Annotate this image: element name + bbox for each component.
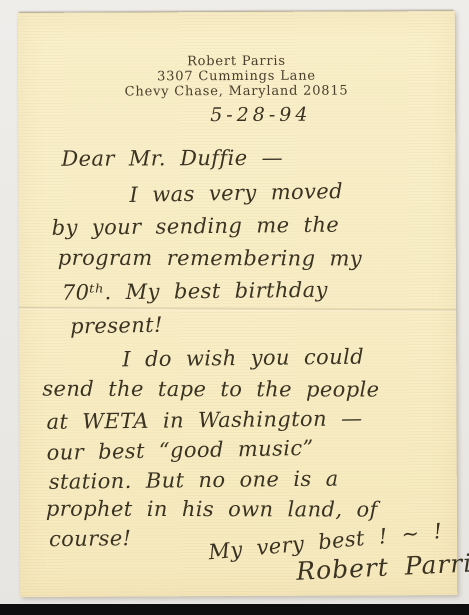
scan-edge-bar [0,604,469,615]
scanned-letter: Robert Parris 3307 Cummings Lane Chevy C… [0,0,469,615]
letter-line: present! [70,312,163,340]
letterhead: Robert Parris 3307 Cummings Lane Chevy C… [18,53,455,100]
fold-crease [19,306,456,312]
letter-line: our best “good music” [46,435,313,466]
letter-line: I do wish you could [122,344,364,373]
handwritten-date: 5-28-94 [210,102,311,128]
letter-line: prophet in his own land, of [46,496,378,523]
letter-line: program remembering my [58,245,362,272]
letter-line: send the tape to the people [42,376,379,403]
salutation-line: Dear Mr. Duffie — [61,145,283,172]
letterhead-city-line: Chevy Chase, Maryland 20815 [18,83,455,100]
signature: Robert Parris [296,550,469,585]
letter-line: by your sending me the [52,212,340,241]
letter-line: course! [49,525,132,552]
letter-line: 70ᵗʰ. My best birthday [62,277,328,306]
letter-line: I was very moved [129,178,343,208]
letter-line: at WETA in Washington — [46,405,362,435]
letter-paper: Robert Parris 3307 Cummings Lane Chevy C… [18,11,458,597]
letter-line: station. But no one is a [49,466,339,495]
